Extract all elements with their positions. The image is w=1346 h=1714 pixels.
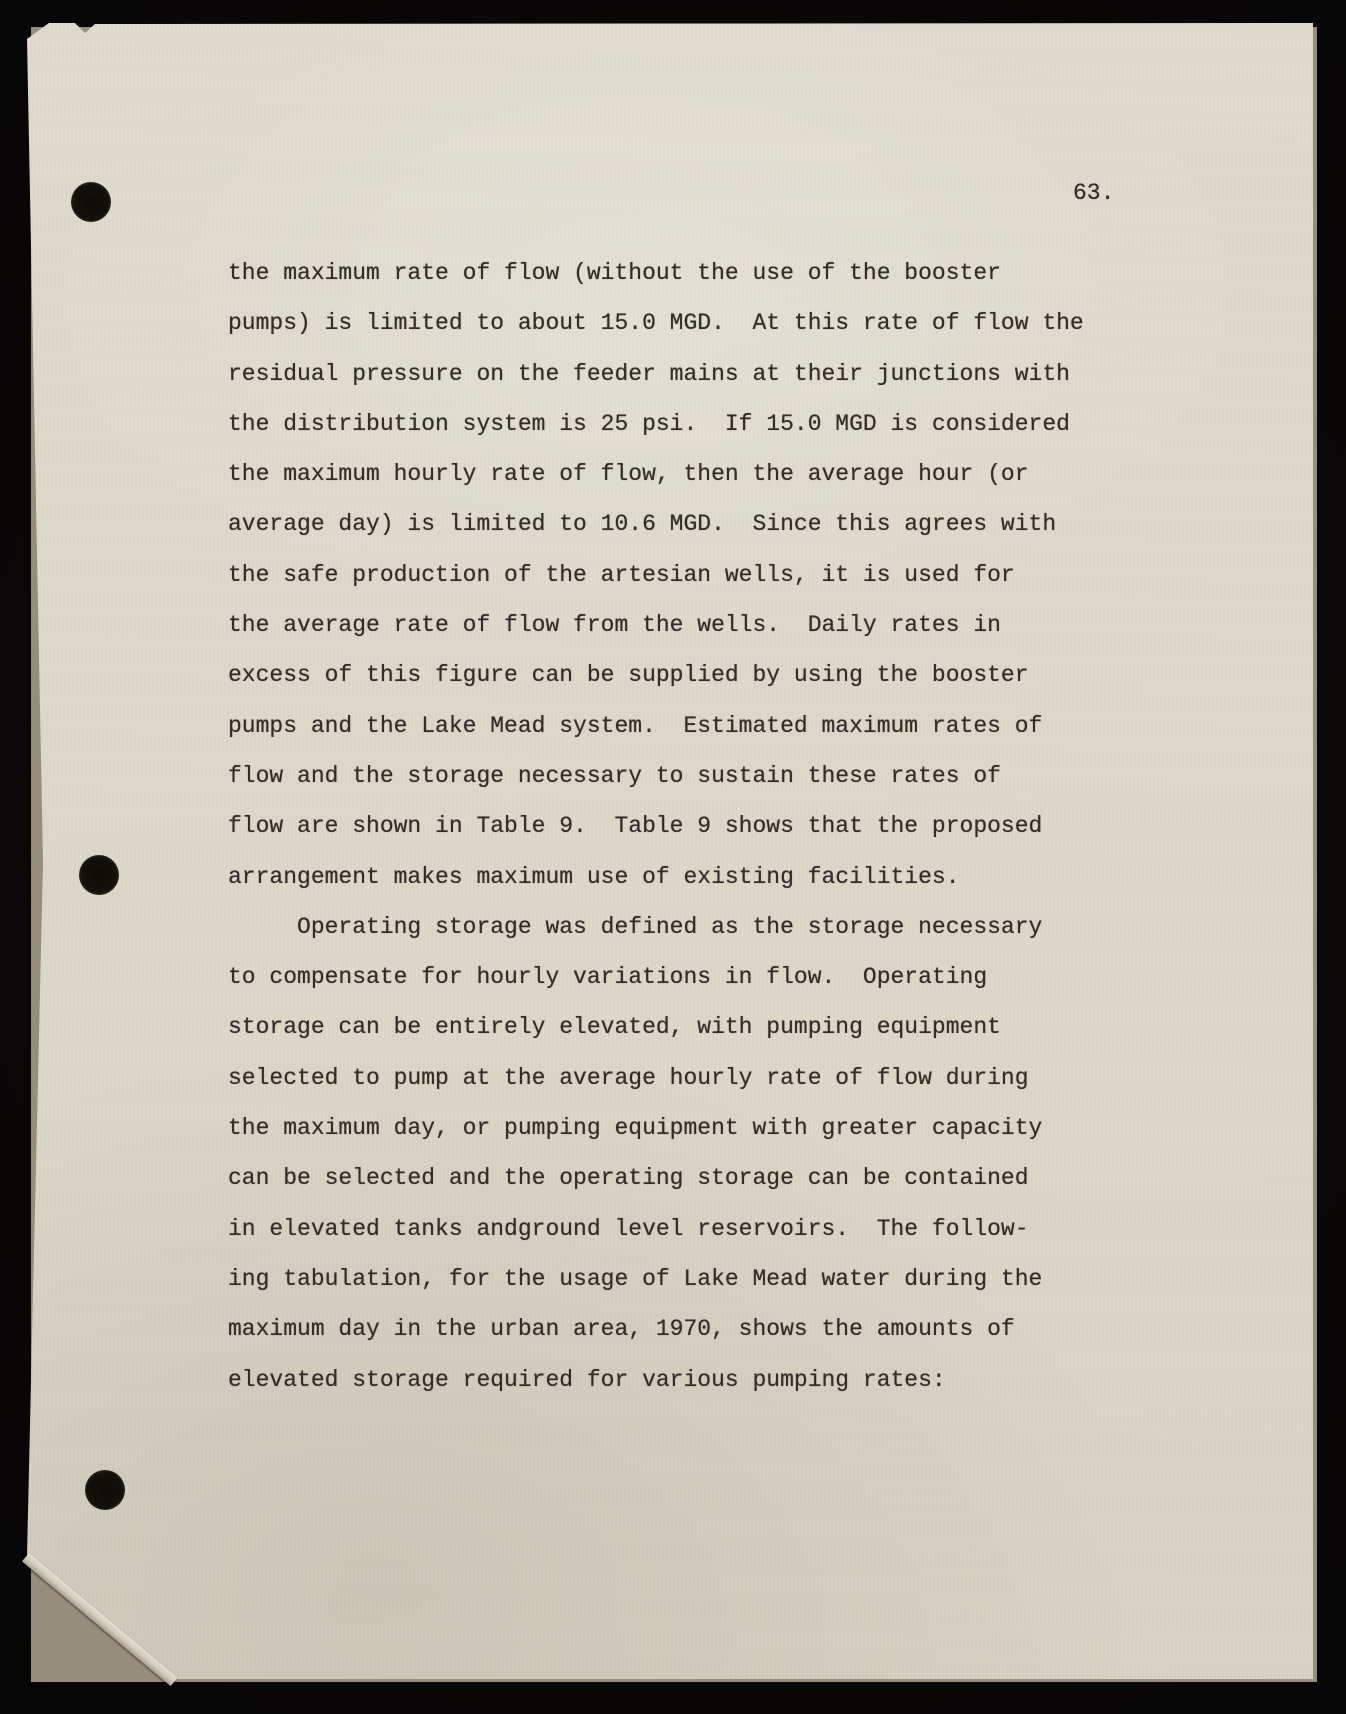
text-line: the distribution system is 25 psi. If 15… (228, 399, 1128, 449)
text-line: in elevated tanks andground level reserv… (228, 1204, 1128, 1254)
text-line: can be selected and the operating storag… (228, 1153, 1128, 1203)
text-line: selected to pump at the average hourly r… (228, 1053, 1128, 1103)
punch-hole-bottom (85, 1470, 125, 1510)
typewritten-text-block: the maximum rate of flow (without the us… (228, 248, 1128, 1405)
document-page: 63. the maximum rate of flow (without th… (27, 23, 1313, 1679)
text-line: flow and the storage necessary to sustai… (228, 751, 1128, 801)
punch-hole-top (71, 182, 111, 222)
text-line: excess of this figure can be supplied by… (228, 650, 1128, 700)
text-line: pumps and the Lake Mead system. Estimate… (228, 701, 1128, 751)
text-line: residual pressure on the feeder mains at… (228, 349, 1128, 399)
text-line: the maximum rate of flow (without the us… (228, 248, 1128, 298)
text-line: the maximum day, or pumping equipment wi… (228, 1103, 1128, 1153)
text-line: arrangement makes maximum use of existin… (228, 852, 1128, 902)
text-line: elevated storage required for various pu… (228, 1355, 1128, 1405)
text-line: storage can be entirely elevated, with p… (228, 1002, 1128, 1052)
scanned-document-background: 63. the maximum rate of flow (without th… (0, 0, 1346, 1714)
punch-hole-middle (79, 855, 119, 895)
text-line: to compensate for hourly variations in f… (228, 952, 1128, 1002)
text-line: the safe production of the artesian well… (228, 550, 1128, 600)
text-line: flow are shown in Table 9. Table 9 shows… (228, 801, 1128, 851)
text-line: Operating storage was defined as the sto… (228, 902, 1128, 952)
text-line: pumps) is limited to about 15.0 MGD. At … (228, 298, 1128, 348)
text-line: average day) is limited to 10.6 MGD. Sin… (228, 499, 1128, 549)
text-line: the average rate of flow from the wells.… (228, 600, 1128, 650)
page-number: 63. (1073, 180, 1114, 206)
text-line: the maximum hourly rate of flow, then th… (228, 449, 1128, 499)
text-line: maximum day in the urban area, 1970, sho… (228, 1304, 1128, 1354)
text-line: ing tabulation, for the usage of Lake Me… (228, 1254, 1128, 1304)
